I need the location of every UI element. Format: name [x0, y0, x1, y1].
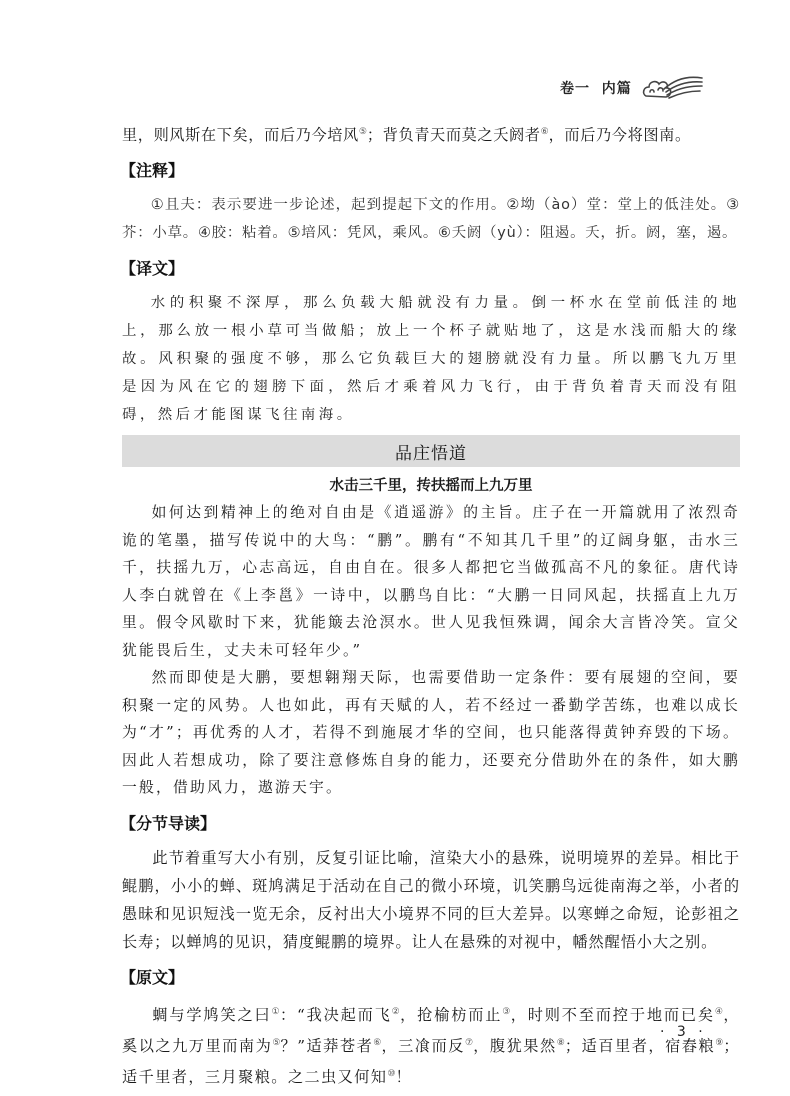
section-reading-heading: 【分节导读】	[120, 810, 740, 838]
text-run: 里，则风斯在下矣，而后乃今培风	[122, 126, 359, 144]
text-run: ，抢榆枋而止	[400, 1006, 502, 1024]
feature-paragraph: 然而即使是大鹏，要想翱翔天际，也需要借助一定条件：要有展翅的空间，要积聚一定的风…	[122, 664, 740, 802]
book-page: 卷一 内篇 里，则风斯在下矣，而后乃今培风⑤；背负青天而莫之夭阏者⑥，而后乃今将…	[0, 0, 790, 1096]
page-number: · 3 ·	[660, 1024, 707, 1040]
running-header: 卷一 内篇	[560, 68, 740, 108]
notes-heading: 【注释】	[120, 157, 740, 185]
text-run: ：“我决起而飞	[280, 1006, 392, 1024]
footnote-marker: ⑤	[272, 1038, 280, 1048]
original-text-heading: 【原文】	[120, 964, 740, 992]
running-title: 卷一 内篇	[560, 78, 632, 98]
text-run: ！	[395, 1068, 412, 1086]
translation-body: 水的积聚不深厚，那么负载大船就没有力量。倒一杯水在堂前低洼的地上，那么放一根小草…	[122, 289, 740, 429]
text-run: ，腹犹果然	[473, 1037, 557, 1055]
cloud-ornament-icon	[640, 72, 704, 104]
footnote-marker: ⑦	[465, 1038, 473, 1048]
text-run: 蜩与学鸠笑之曰	[152, 1006, 271, 1024]
feature-subtitle: 水击三千里，抟扶摇而上九万里	[122, 473, 740, 499]
footnote-marker: ⑧	[557, 1038, 565, 1048]
translation-heading: 【译文】	[120, 255, 740, 283]
text-run: ，三飡而反	[381, 1037, 465, 1055]
text-run: ，而后乃今将图南。	[549, 126, 691, 144]
feature-banner: 品庄悟道	[122, 435, 740, 467]
original-text-body: 蜩与学鸠笑之曰①：“我决起而飞②，抢榆枋而止③，时则不至而控于地而已矣④，奚以之…	[122, 998, 740, 1091]
footnote-marker: ⑤	[359, 127, 367, 137]
opening-line: 里，则风斯在下矣，而后乃今培风⑤；背负青天而莫之夭阏者⑥，而后乃今将图南。	[122, 118, 740, 149]
text-run: ？”适莽苍者	[281, 1037, 374, 1055]
footnote-marker: ②	[392, 1007, 401, 1017]
page-content: 里，则风斯在下矣，而后乃今培风⑤；背负青天而莫之夭阏者⑥，而后乃今将图南。 【注…	[122, 118, 740, 1091]
feature-banner-title: 品庄悟道	[395, 439, 467, 464]
text-run: ；背负青天而莫之夭阏者	[367, 126, 541, 144]
notes-body: ①且夫：表示要进一步论述，起到提起下文的作用。②坳（ào）堂：堂上的低洼处。③芥…	[122, 191, 740, 247]
footnote-marker: ⑥	[541, 127, 549, 137]
text-run: ，时则不至而控于地而已矣	[511, 1006, 715, 1024]
section-reading-body: 此节着重写大小有别，反复引证比喻，渲染大小的悬殊，说明境界的差异。相比于鲲鹏，小…	[122, 844, 740, 956]
footnote-marker: ③	[502, 1007, 511, 1017]
feature-paragraph: 如何达到精神上的绝对自由是《逍遥游》的主旨。庄子在一开篇就用了浓烈奇诡的笔墨，描…	[122, 499, 740, 664]
footnote-marker: ①	[271, 1007, 280, 1017]
